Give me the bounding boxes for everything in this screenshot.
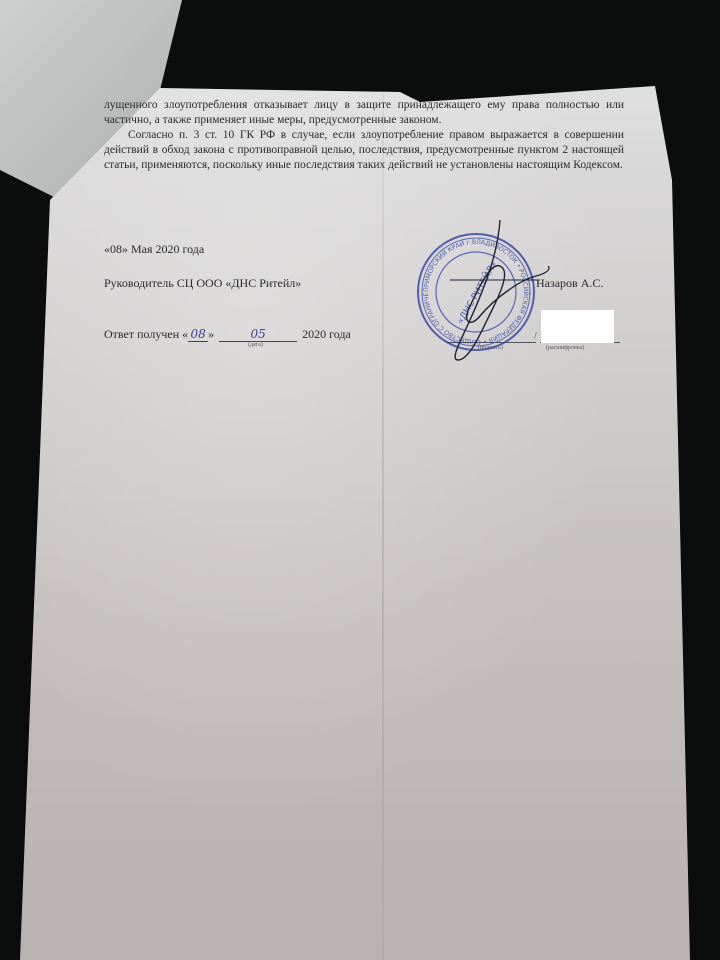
document-body: лущенного злоупотребления отказывает лиц… xyxy=(104,98,624,173)
received-day: 08 xyxy=(188,327,208,342)
received-prefix: Ответ получен « xyxy=(104,327,188,341)
document-date: «08» Мая 2020 года xyxy=(104,242,204,257)
received-line: Ответ получен «08» 05 2020 года xyxy=(104,327,351,342)
signer-role: Руководитель СЦ ООО «ДНС Ритейл» xyxy=(104,276,301,291)
paper-fold xyxy=(382,90,384,960)
received-month: 05 xyxy=(219,327,297,342)
handwritten-signature-icon xyxy=(440,210,590,370)
paragraph-1: лущенного злоупотребления отказывает лиц… xyxy=(104,98,624,128)
received-year: 2020 года xyxy=(302,327,351,341)
paragraph-2: Согласно п. 3 ст. 10 ГК РФ в случае, есл… xyxy=(104,128,624,173)
received-mid: » xyxy=(208,327,214,341)
date-caption: (дата) xyxy=(248,342,263,348)
redacted-name-box xyxy=(541,310,614,343)
